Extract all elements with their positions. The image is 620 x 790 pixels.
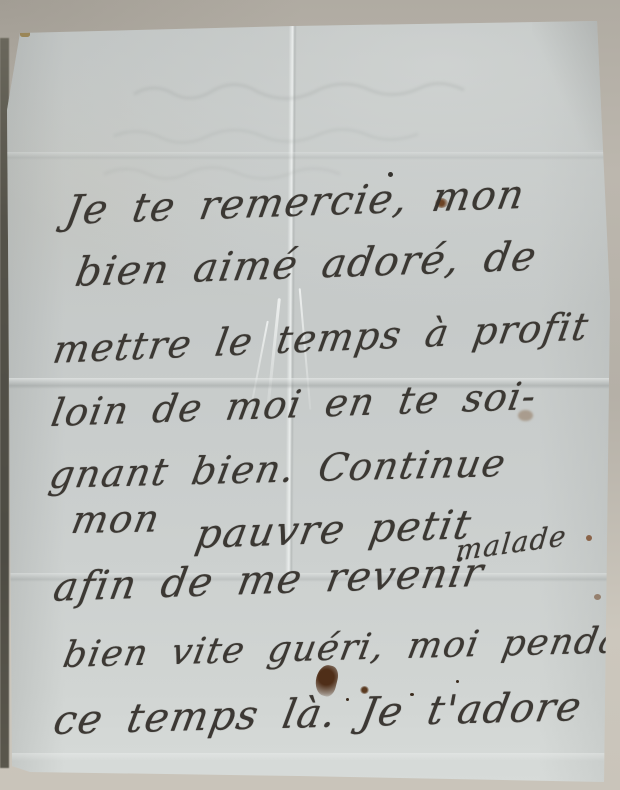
- handwriting-line: ce temps là. Je t'adore: [50, 684, 586, 744]
- handwriting-line: bien aimé adoré, de: [72, 234, 541, 296]
- ink-speck: [594, 594, 601, 600]
- handwriting-line: loin de moi en te soi-: [48, 374, 541, 435]
- letter-paper: Je te remercie, mon bien aimé adoré, de …: [4, 20, 612, 783]
- handwriting-line: mon: [68, 496, 164, 542]
- handwriting-line: afin de me revenir: [50, 550, 488, 611]
- ink-speck: [586, 535, 592, 541]
- letter-photo: Je te remercie, mon bien aimé adoré, de …: [0, 0, 620, 790]
- ink-speck: [456, 680, 459, 683]
- paper-edge-mark: [20, 30, 30, 37]
- horizontal-fold-crease: [4, 753, 612, 761]
- handwriting-line: bien vite guéri, moi pendant: [60, 619, 620, 676]
- handwriting-line: mettre le temps à profit: [50, 304, 593, 372]
- handwriting-line: gnant bien. Continue: [46, 441, 510, 497]
- handwriting-line: pauvre petit: [192, 502, 476, 558]
